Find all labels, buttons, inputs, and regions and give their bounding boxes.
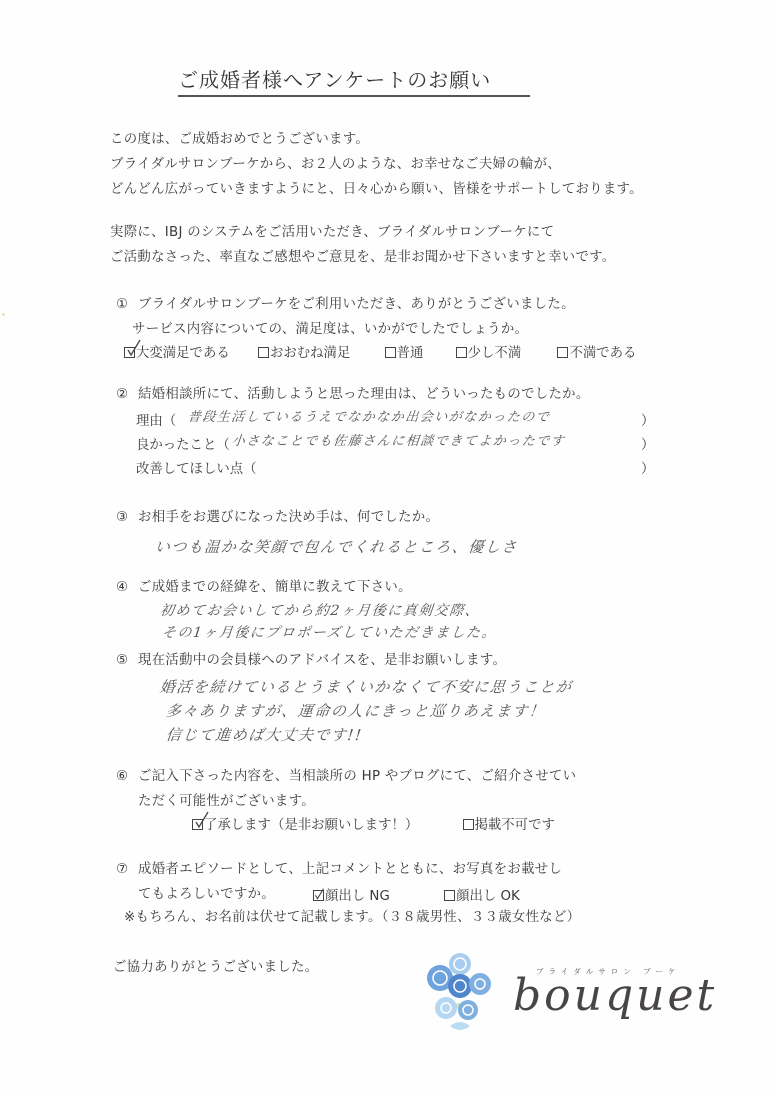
survey-page: ご成婚者様へアンケートのお願い この度は、ご成婚おめでとうございます。 ブライダ… — [0, 0, 772, 1095]
question-text: サービス内容についての、満足度は、いかがでしたでしょうか。 — [116, 317, 575, 342]
answer-q5-line-3[interactable]: 信じて進めば大丈夫です!! — [165, 724, 364, 745]
answer-q3[interactable]: いつも温かな笑顔で包んでくれるところ、優しさ — [154, 536, 519, 557]
intro-line: この度は、ご成婚おめでとうございます。 — [110, 127, 643, 152]
question-text: ただく可能性がございます。 — [116, 789, 576, 814]
option-dissatisfied[interactable]: 不満である — [557, 342, 636, 361]
question-4: ④ご成婚までの経緯を、簡単に教えて下さい。 — [116, 575, 412, 600]
field-label: 改善してほしい点（ — [136, 462, 257, 477]
checkbox[interactable] — [557, 347, 568, 358]
question-text: ご記入下さった内容を、当相談所の HP やブログにて、ご紹介させてい — [138, 769, 576, 784]
option-label: 了承します（是非お願いします！） — [204, 818, 418, 833]
intro-paragraph-2: 実際に、IBJ のシステムをご活用いただき、ブライダルサロンブーケにて ご活動な… — [110, 220, 615, 270]
answer-q4-line-2[interactable]: その1ヶ月後にプロポーズしていただきました。 — [161, 622, 498, 642]
question-6: ⑥ご記入下さった内容を、当相談所の HP やブログにて、ご紹介させてい ただく可… — [116, 764, 576, 814]
option-decline[interactable]: 掲載不可です — [463, 814, 555, 833]
checkbox[interactable] — [463, 819, 474, 830]
question-text: 結婚相談所にて、活動しようと思った理由は、どういったものでしたか。 — [138, 387, 590, 402]
bouquet-logo: ブライダルサロン ブーケ bouquet — [420, 948, 710, 1038]
intro-line: 実際に、IBJ のシステムをご活用いただき、ブライダルサロンブーケにて — [110, 220, 615, 245]
question-text: ブライダルサロンブーケをご利用いただき、ありがとうございました。 — [138, 297, 575, 312]
question-text: ご成婚までの経緯を、簡単に教えて下さい。 — [138, 580, 412, 595]
intro-line: ブライダルサロンブーケから、お２人のような、お幸せなご夫婦の輪が、 — [110, 152, 643, 177]
rose-bouquet-icon — [420, 948, 500, 1038]
checkbox-checked[interactable] — [192, 819, 203, 830]
option-slightly-dissatisfied[interactable]: 少し不満 — [456, 342, 522, 361]
answer-q5-line-2[interactable]: 多々ありますが、運命の人にきっと巡りあえます！ — [165, 700, 547, 721]
option-label: 普通 — [397, 346, 424, 361]
field-close: ） — [641, 434, 654, 453]
field-label: 良かったこと（ — [136, 438, 230, 453]
answer-q4-line-1[interactable]: 初めてお会いしてから約2ヶ月後に真剣交際、 — [159, 600, 482, 620]
question-number: ④ — [116, 575, 138, 600]
option-label: 不満である — [569, 346, 636, 361]
question-text: お相手をお選びになった決め手は、何でしたか。 — [138, 510, 439, 525]
question-number: ③ — [116, 505, 138, 530]
question-number: ⑦ — [116, 857, 138, 882]
question-number: ⑥ — [116, 764, 138, 789]
checkbox-checked[interactable] — [313, 890, 324, 901]
question-number: ① — [116, 292, 138, 317]
closing-text: ご協力ありがとうございました。 — [113, 955, 318, 980]
checkbox[interactable] — [258, 347, 269, 358]
paper-speck — [2, 313, 5, 316]
option-approve[interactable]: 了承します（是非お願いします！） — [192, 814, 418, 833]
intro-paragraph-1: この度は、ご成婚おめでとうございます。 ブライダルサロンブーケから、お２人のよう… — [110, 127, 643, 202]
option-very-satisfied[interactable]: 大変満足である — [124, 342, 230, 361]
option-label: 顔出し NG — [325, 889, 390, 904]
field-close: ） — [641, 458, 654, 477]
checkbox[interactable] — [444, 890, 455, 901]
answer-good-points[interactable]: 小さなことでも佐藤さんに相談できてよかったです — [231, 430, 567, 449]
option-mostly-satisfied[interactable]: おおむね満足 — [258, 342, 350, 361]
option-label: 掲載不可です — [475, 818, 555, 833]
field-label: 理由（ — [136, 414, 176, 429]
question-text: 現在活動中の会員様へのアドバイスを、是非お願いします。 — [138, 653, 506, 668]
field-close: ） — [641, 410, 654, 429]
q1-options: 大変満足である おおむね満足 普通 少し不満 不満である — [124, 342, 636, 361]
logo-name: bouquet — [513, 970, 717, 1021]
question-2: ②結婚相談所にて、活動しようと思った理由は、どういったものでしたか。 — [116, 382, 590, 407]
checkbox-checked[interactable] — [124, 347, 135, 358]
option-face-ng[interactable]: 顔出し NG — [313, 885, 390, 904]
question-number: ⑤ — [116, 648, 138, 673]
q7-options: 顔出し NG 顔出し OK — [313, 885, 520, 904]
answer-reason[interactable]: 普段生活しているうえでなかなか出会いがなかったので — [187, 406, 552, 425]
option-face-ok[interactable]: 顔出し OK — [444, 885, 520, 904]
option-label: おおむね満足 — [270, 346, 350, 361]
question-number: ② — [116, 382, 138, 407]
option-label: 少し不満 — [468, 346, 522, 361]
field-improvements: 改善してほしい点（ ） — [136, 458, 656, 477]
page-title: ご成婚者様へアンケートのお願い — [178, 64, 530, 97]
checkbox[interactable] — [456, 347, 467, 358]
question-text: 成婚者エピソードとして、上記コメントとともに、お写真をお載せし — [138, 862, 562, 877]
intro-line: どんどん広がっていきますようにと、日々心から願い、皆様をサポートしております。 — [110, 177, 643, 202]
checkbox[interactable] — [385, 347, 396, 358]
question-3: ③お相手をお選びになった決め手は、何でしたか。 — [116, 505, 439, 530]
answer-q5-line-1[interactable]: 婚活を続けているとうまくいかなくて不安に思うことが — [159, 676, 574, 697]
question-1: ①ブライダルサロンブーケをご利用いただき、ありがとうございました。 サービス内容… — [116, 292, 575, 342]
option-label: 顔出し OK — [456, 889, 520, 904]
intro-line: ご活動なさった、率直なご感想やご意見を、是非お聞かせ下さいますと幸いです。 — [110, 245, 615, 270]
q6-options: 了承します（是非お願いします！） 掲載不可です — [192, 814, 555, 833]
option-label: 大変満足である — [136, 346, 230, 361]
question-5: ⑤現在活動中の会員様へのアドバイスを、是非お願いします。 — [116, 648, 506, 673]
option-neutral[interactable]: 普通 — [385, 342, 424, 361]
q7-note: ※もちろん、お名前は伏せて記載します。（３８歳男性、３３歳女性など） — [124, 905, 580, 930]
checkmark-icon — [314, 888, 325, 900]
